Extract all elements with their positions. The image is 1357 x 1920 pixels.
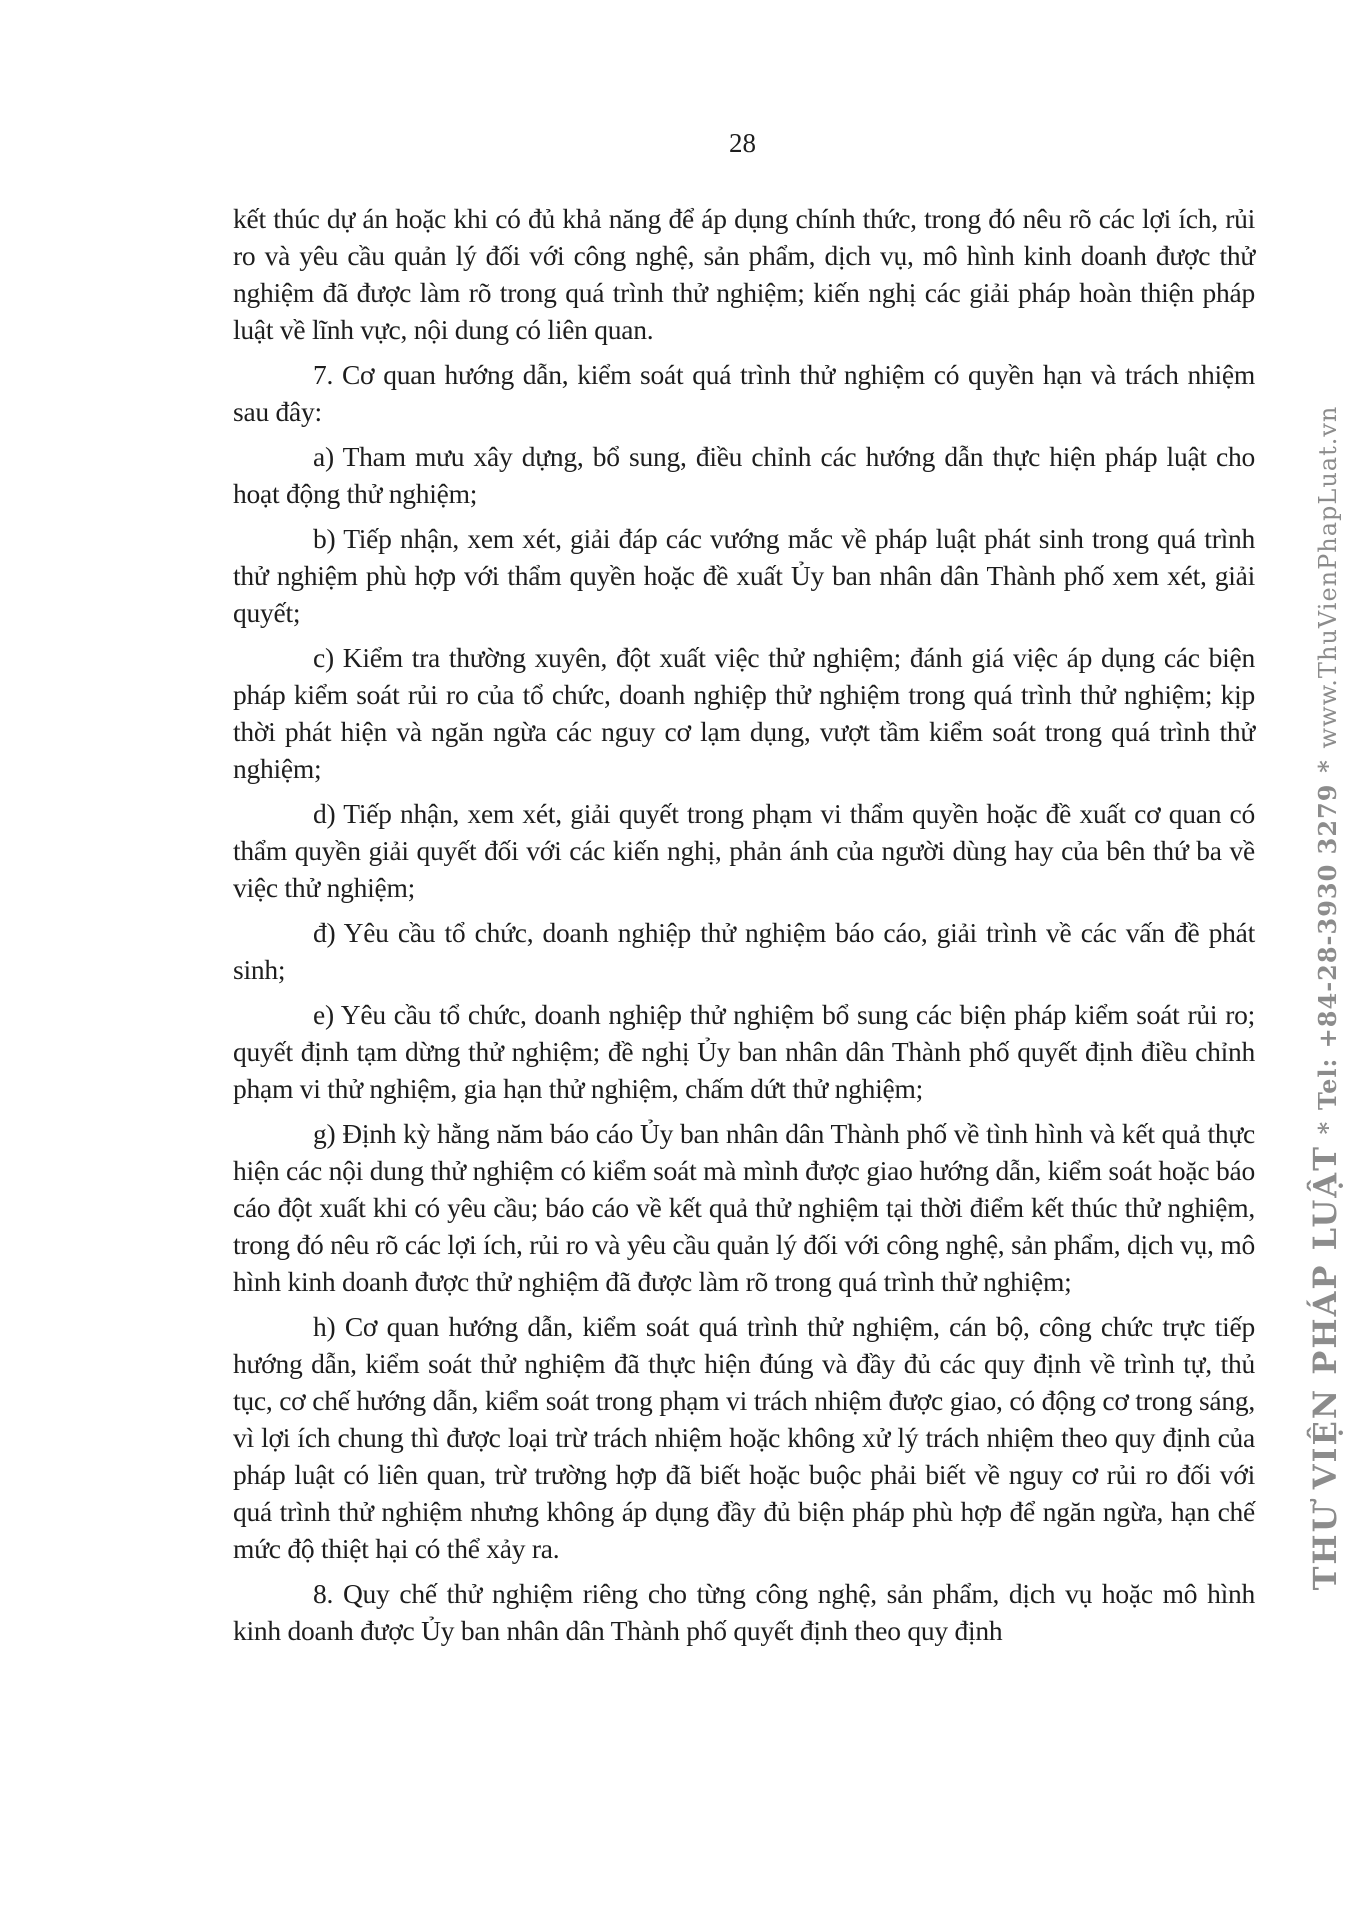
- document-body: kết thúc dự án hoặc khi có đủ khả năng đ…: [233, 200, 1255, 1657]
- paragraph-clause-7c: c) Kiểm tra thường xuyên, đột xuất việc …: [233, 639, 1255, 787]
- paragraph-clause-7e: e) Yêu cầu tổ chức, doanh nghiệp thử ngh…: [233, 996, 1255, 1107]
- paragraph-clause-7g: g) Định kỳ hằng năm báo cáo Ủy ban nhân …: [233, 1115, 1255, 1300]
- watermark-phone: Tel: +84-28-3930 3279: [1313, 784, 1342, 1110]
- watermark-title: THƯ VIỆN PHÁP LUẬT: [1306, 1145, 1344, 1590]
- watermark: THƯ VIỆN PHÁP LUẬT * Tel: +84-28-3930 32…: [1306, 406, 1344, 1591]
- paragraph-continuation: kết thúc dự án hoặc khi có đủ khả năng đ…: [233, 200, 1255, 348]
- paragraph-clause-7a: a) Tham mưu xây dựng, bổ sung, điều chỉn…: [233, 438, 1255, 512]
- paragraph-clause-7d: d) Tiếp nhận, xem xét, giải quyết trong …: [233, 795, 1255, 906]
- paragraph-clause-7: 7. Cơ quan hướng dẫn, kiểm soát quá trìn…: [233, 356, 1255, 430]
- paragraph-clause-8: 8. Quy chế thử nghiệm riêng cho từng côn…: [233, 1575, 1255, 1649]
- paragraph-clause-7dd: đ) Yêu cầu tổ chức, doanh nghiệp thử ngh…: [233, 914, 1255, 988]
- watermark-separator: *: [1313, 759, 1342, 773]
- paragraph-clause-7h: h) Cơ quan hướng dẫn, kiểm soát quá trìn…: [233, 1308, 1255, 1567]
- watermark-separator: *: [1313, 1121, 1342, 1135]
- watermark-url: www.ThuVienPhapLuat.vn: [1314, 406, 1342, 749]
- paragraph-clause-7b: b) Tiếp nhận, xem xét, giải đáp các vướn…: [233, 520, 1255, 631]
- page-number: 28: [0, 128, 1357, 159]
